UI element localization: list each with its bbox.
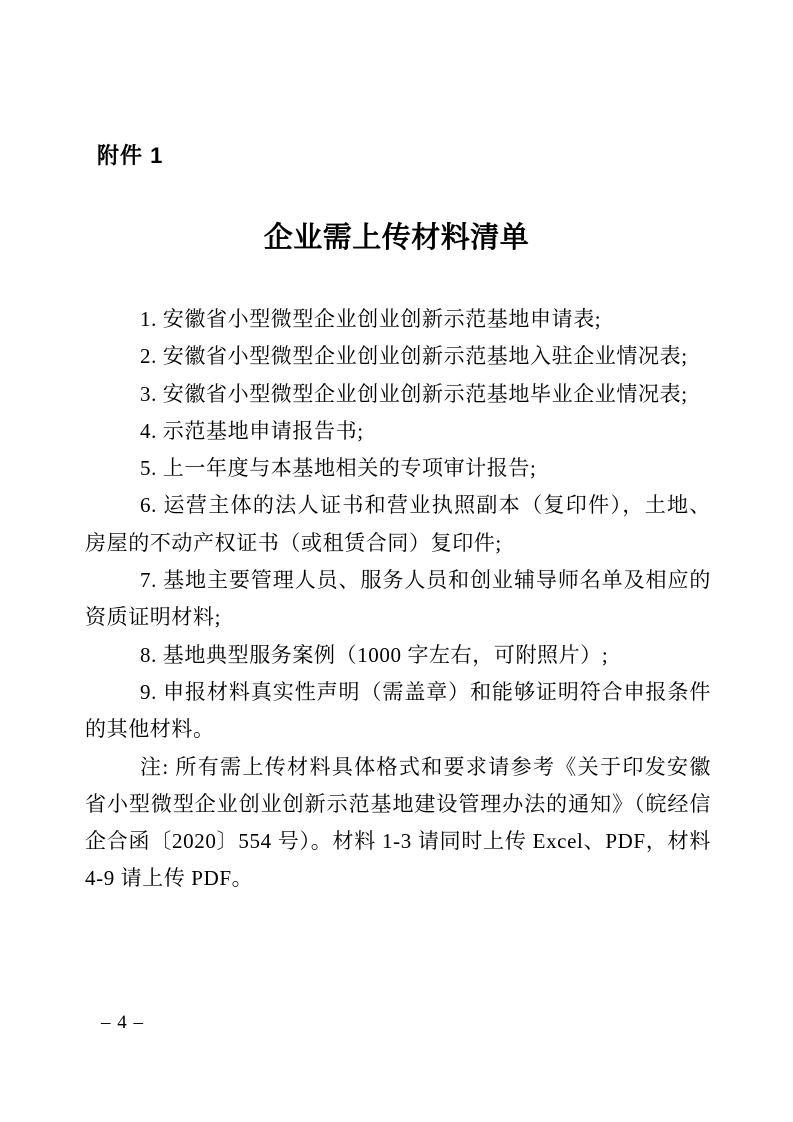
list-item-6: 6. 运营主体的法人证书和营业执照副本（复印件），土地、房屋的不动产权证书（或租… (85, 487, 711, 562)
list-item-9: 9. 申报材料真实性声明（需盖章）和能够证明符合申报条件的其他材料。 (85, 674, 711, 749)
note-paragraph: 注: 所有需上传材料具体格式和要求请参考《关于印发安徽省小型微型企业创业创新示范… (85, 749, 711, 898)
page-number: – 4 – (101, 1011, 144, 1035)
list-item-3: 3. 安徽省小型微型企业创业创新示范基地毕业企业情况表; (85, 376, 711, 413)
list-item-2: 2. 安徽省小型微型企业创业创新示范基地入驻企业情况表; (85, 338, 711, 375)
list-item-5: 5. 上一年度与本基地相关的专项审计报告; (85, 450, 711, 487)
list-item-7: 7. 基地主要管理人员、服务人员和创业辅导师名单及相应的资质证明材料; (85, 562, 711, 637)
list-item-1: 1. 安徽省小型微型企业创业创新示范基地申请表; (85, 301, 711, 338)
list-item-4: 4. 示范基地申请报告书; (85, 413, 711, 450)
document-body: 1. 安徽省小型微型企业创业创新示范基地申请表; 2. 安徽省小型微型企业创业创… (85, 301, 711, 898)
attachment-label: 附件 1 (97, 143, 163, 169)
document-page: 附件 1 企业需上传材料清单 1. 安徽省小型微型企业创业创新示范基地申请表; … (0, 0, 793, 1122)
document-title: 企业需上传材料清单 (0, 220, 793, 256)
list-item-8: 8. 基地典型服务案例（1000 字左右，可附照片）; (85, 637, 711, 674)
